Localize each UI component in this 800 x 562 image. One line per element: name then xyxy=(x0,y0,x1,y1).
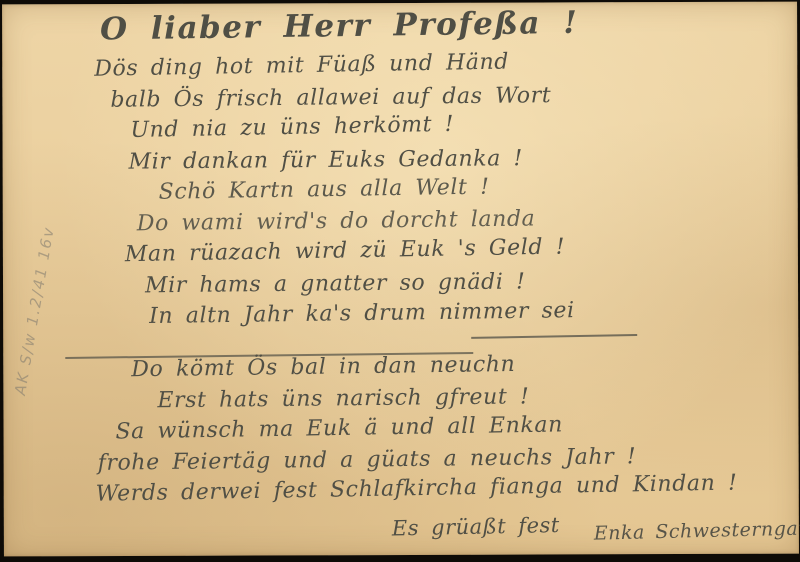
poem-stanza-1: Dös ding hot mit Füaß und Händ balb Ös f… xyxy=(70,52,790,334)
archival-margin-note: AK S/w 1.2/41 16v xyxy=(11,206,61,396)
postcard-paper: AK S/w 1.2/41 16v O liaber Herr Profeßa … xyxy=(2,2,799,557)
closing-row: Es grüaßt fest Enka Schwesterngau. xyxy=(72,514,791,545)
signature-name: Enka Schwesterngau. xyxy=(594,517,800,544)
poem-stanza-2: Do kömt Ös bal in dan neuchn Erst hats ü… xyxy=(71,353,791,511)
scanned-postcard: { "document": { "kind": "handwritten pos… xyxy=(0,0,800,562)
closing-greeting: Es grüaßt fest xyxy=(392,513,560,541)
postcard-text: O liaber Herr Profeßa ! Dös ding hot mit… xyxy=(70,6,791,545)
